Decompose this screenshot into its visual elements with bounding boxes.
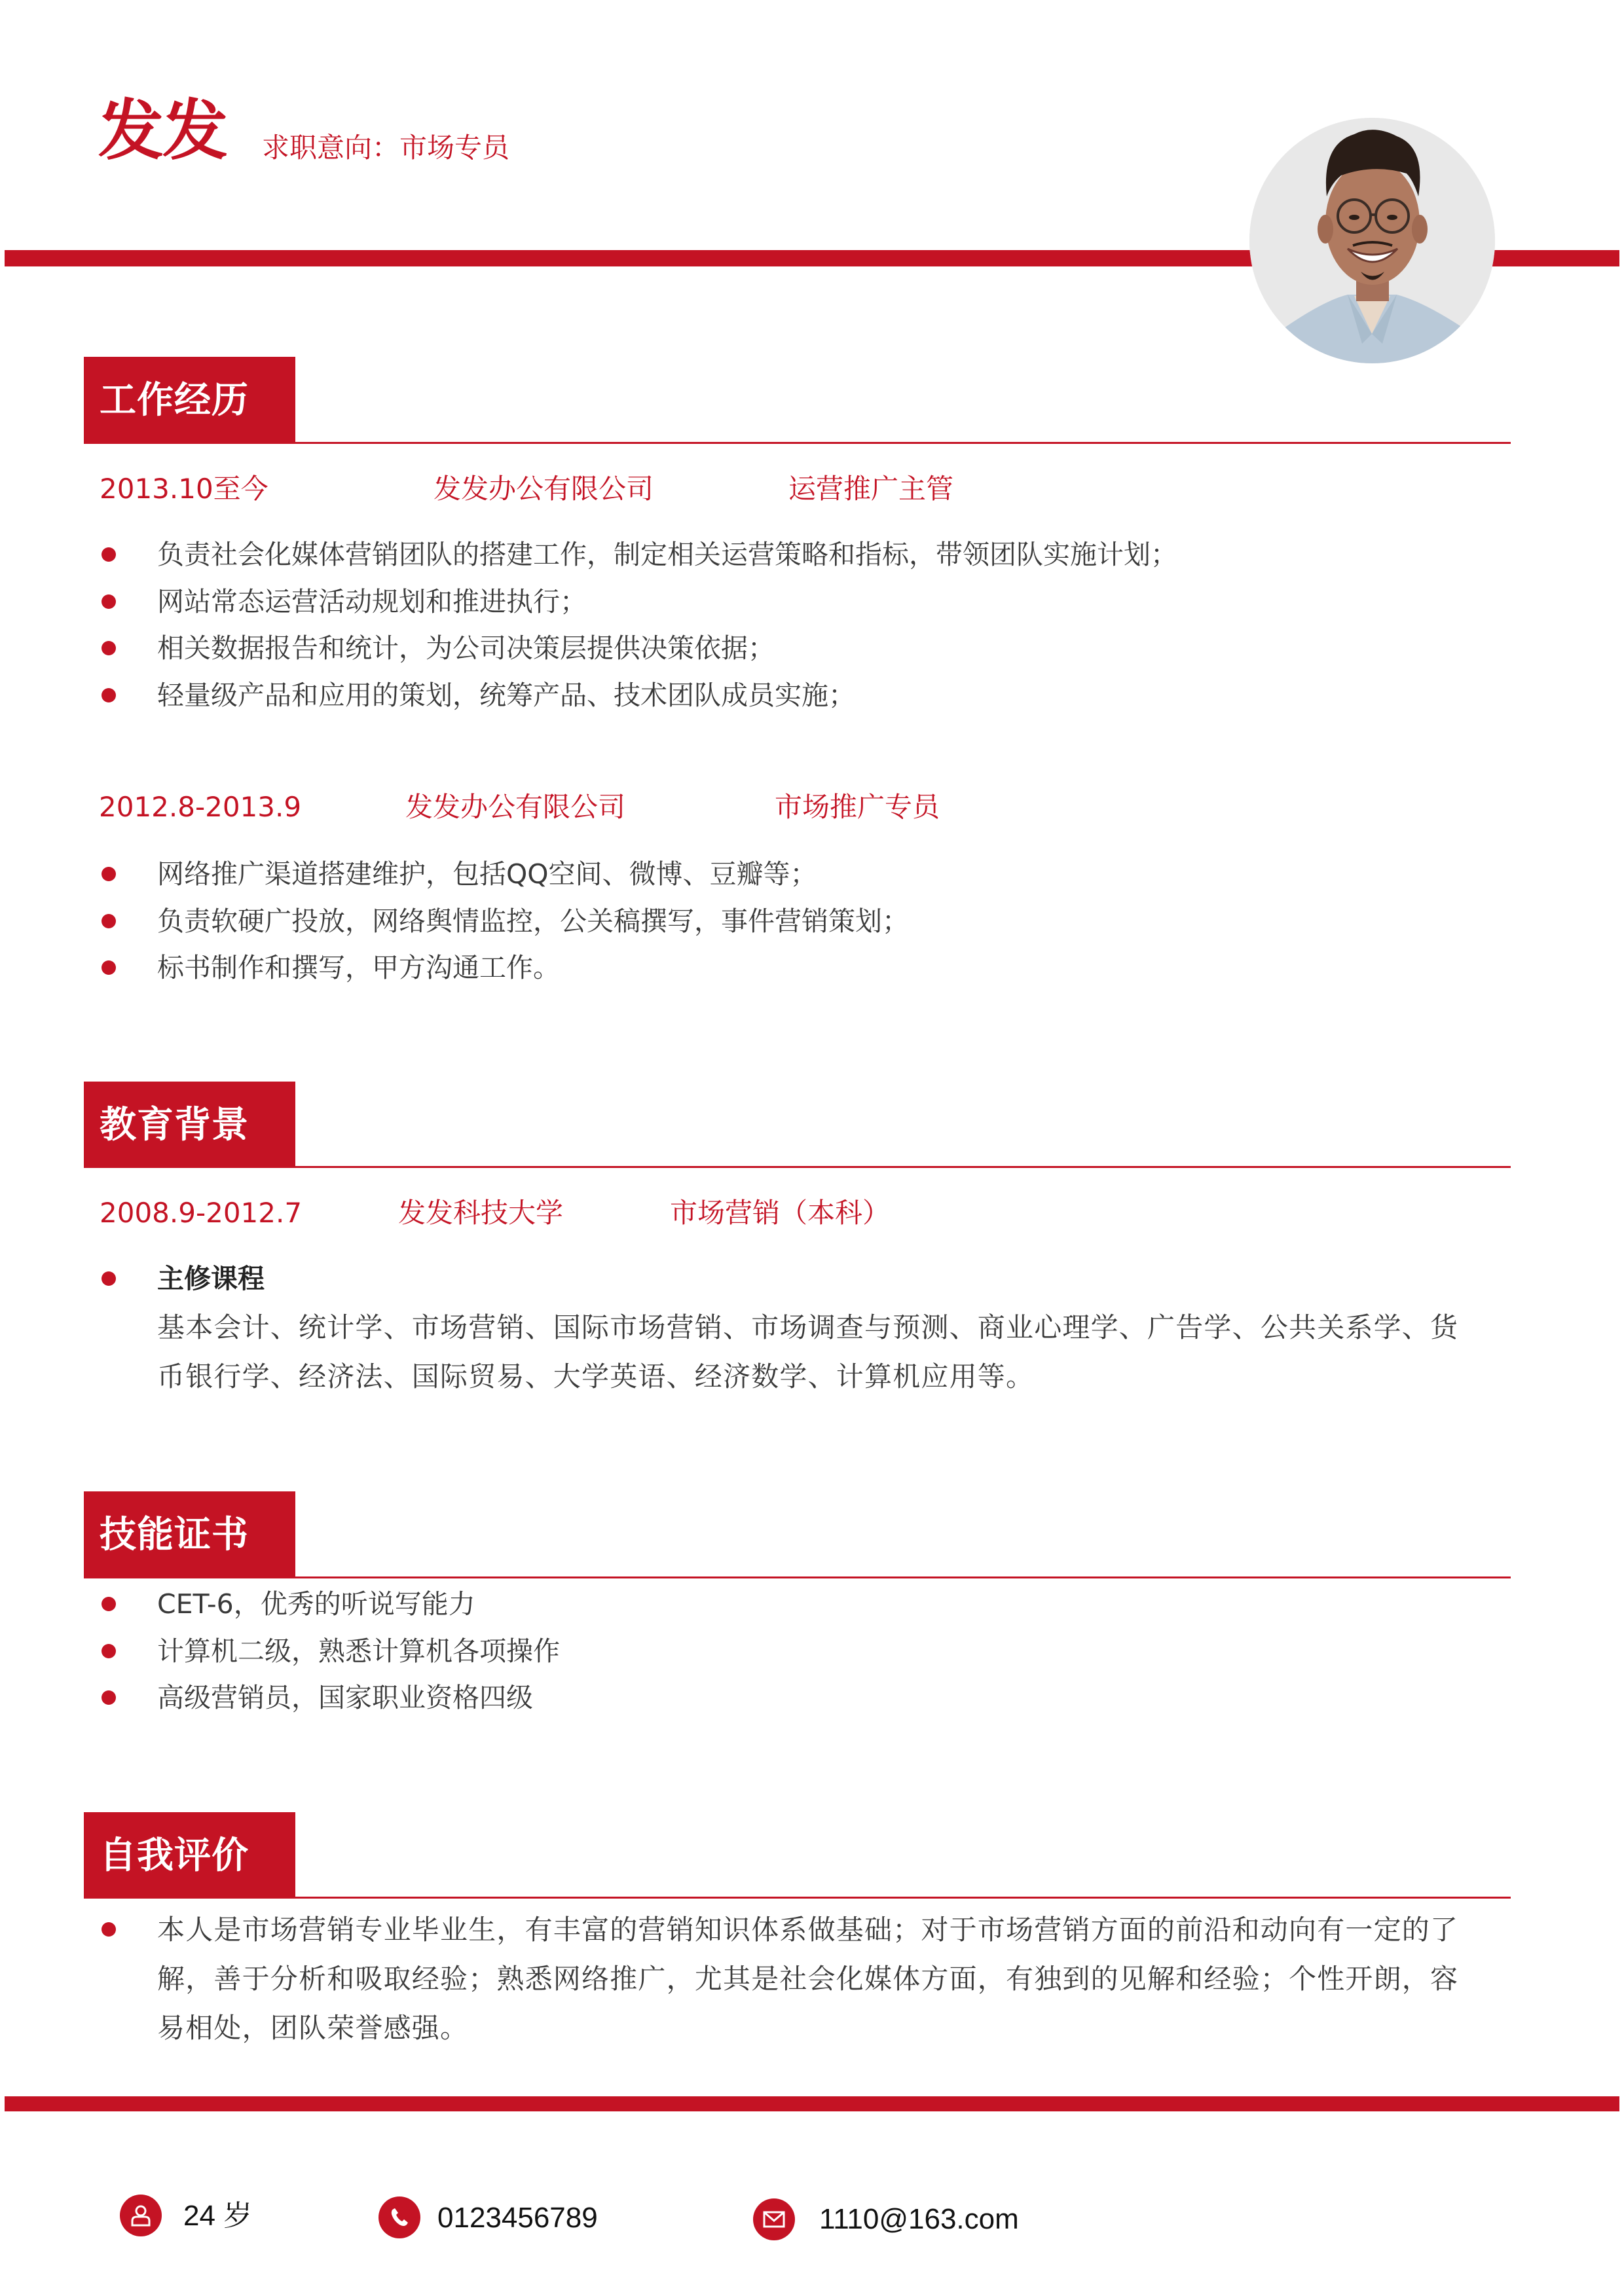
work-company: 发发办公有限公司 (405, 791, 625, 824)
bullet-icon (101, 1922, 116, 1937)
email-value[interactable]: 1110@163.com (819, 2201, 1019, 2238)
section-header-self-eval: 自我评价 (84, 1812, 295, 1898)
avatar-photo (1249, 118, 1495, 363)
bullet-icon (101, 594, 116, 609)
courses-list: 基本会计、统计学、市场营销、国际市场营销、市场调查与预测、商业心理学、广告学、公… (157, 1303, 1480, 1401)
courses-label: 主修课程 (157, 1262, 265, 1295)
section-header-education: 教育背景 (84, 1082, 295, 1167)
bullet-icon (101, 688, 116, 702)
work-bullet: 轻量级产品和应用的策划，统筹产品、技术团队成员实施； (157, 679, 855, 712)
section-title: 技能证书 (100, 1515, 249, 1556)
section-header-skills: 技能证书 (84, 1491, 295, 1577)
bullet-icon (101, 641, 116, 655)
work-bullet: 负责软硬广投放，网络舆情监控，公关稿撰写，事件营销策划； (157, 905, 909, 938)
skill-item: 计算机二级，熟悉计算机各项操作 (157, 1635, 560, 1667)
self-eval-text: 本人是市场营销专业毕业生，有丰富的营销知识体系做基础；对于市场营销方面的前沿和动… (157, 1905, 1480, 2052)
person-photo-icon (1249, 118, 1495, 363)
work-company: 发发办公有限公司 (434, 473, 654, 505)
footer-divider-bar (5, 2096, 1619, 2111)
education-date: 2008.9-2012.7 (100, 1197, 302, 1230)
work-bullet: 标书制作和撰写，甲方沟通工作。 (157, 951, 560, 984)
section-divider (84, 1166, 1511, 1168)
mail-icon (753, 2198, 795, 2240)
phone-icon (378, 2196, 420, 2238)
job-intent: 求职意向：市场专员 (262, 130, 509, 166)
bullet-icon (101, 960, 116, 975)
age-value: 24 岁 (183, 2198, 252, 2234)
work-bullet: 相关数据报告和统计，为公司决策层提供决策依据； (157, 632, 775, 665)
work-bullet: 网络推广渠道搭建维护，包括QQ空间、微博、豆瓣等； (157, 858, 817, 890)
candidate-name: 发发 (98, 92, 227, 170)
section-divider (84, 1897, 1511, 1899)
education-school: 发发科技大学 (398, 1197, 563, 1230)
section-divider (84, 1576, 1511, 1578)
section-title: 教育背景 (100, 1105, 249, 1146)
education-major: 市场营销（本科） (670, 1197, 890, 1230)
person-icon (120, 2195, 162, 2236)
work-bullet: 网站常态运营活动规划和推进执行； (157, 585, 587, 618)
bullet-icon (101, 914, 116, 928)
bullet-icon (101, 1271, 116, 1286)
bullet-icon (101, 1690, 116, 1705)
skill-item: CET-6，优秀的听说写能力 (157, 1588, 475, 1620)
section-divider (84, 442, 1511, 444)
bullet-icon (101, 1644, 116, 1658)
section-header-work: 工作经历 (84, 357, 295, 443)
skill-item: 高级营销员，国家职业资格四级 (157, 1681, 533, 1714)
section-title: 工作经历 (100, 380, 249, 421)
section-title: 自我评价 (100, 1836, 249, 1876)
bullet-icon (101, 1597, 116, 1611)
work-date: 2013.10至今 (100, 473, 268, 505)
phone-value[interactable]: 0123456789 (437, 2200, 598, 2236)
work-date: 2012.8-2013.9 (99, 791, 301, 824)
work-bullet: 负责社会化媒体营销团队的搭建工作，制定相关运营策略和指标，带领团队实施计划； (157, 538, 1177, 571)
work-role: 市场推广专员 (775, 791, 940, 824)
bullet-icon (101, 547, 116, 562)
work-role: 运营推广主管 (788, 473, 953, 505)
bullet-icon (101, 867, 116, 881)
